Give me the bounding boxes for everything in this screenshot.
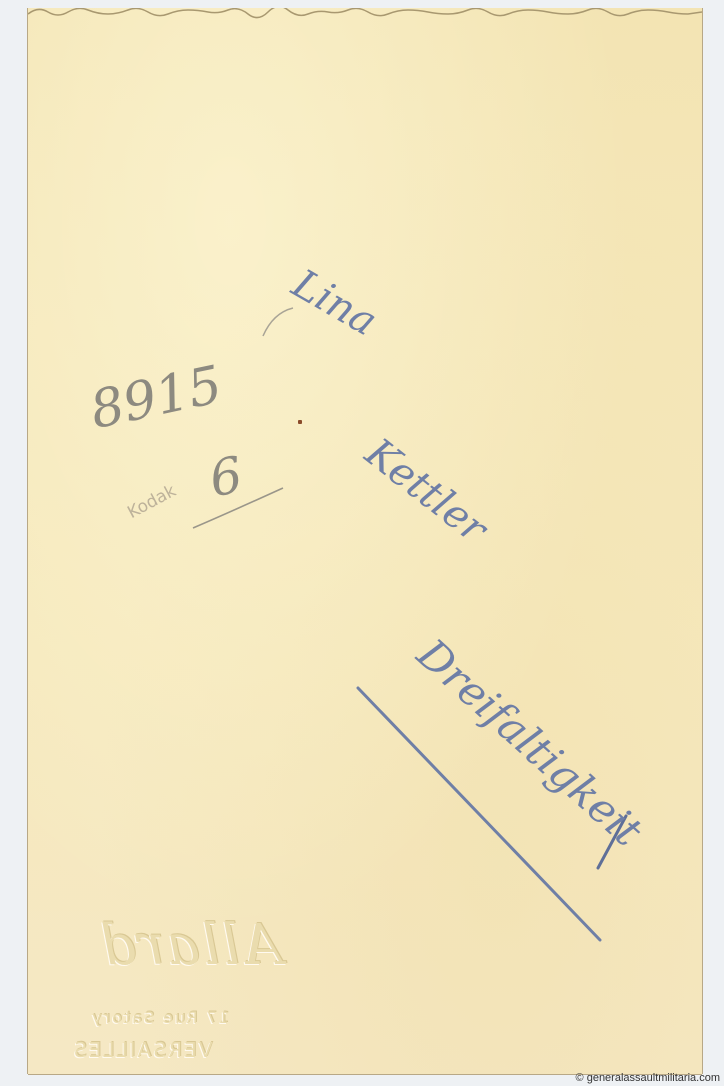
watermark: © generalassaultmilitaria.com bbox=[576, 1072, 720, 1084]
embossed-city: VERSAILLES bbox=[72, 1038, 212, 1062]
embossed-signature: Allard bbox=[98, 913, 282, 978]
embossed-address: 17 Rue Satory bbox=[90, 1008, 229, 1027]
red-speck bbox=[298, 420, 302, 424]
postcard-back: 8915 6 Kodak Lina Kettler Dreifaltigkeit… bbox=[28, 8, 702, 1074]
